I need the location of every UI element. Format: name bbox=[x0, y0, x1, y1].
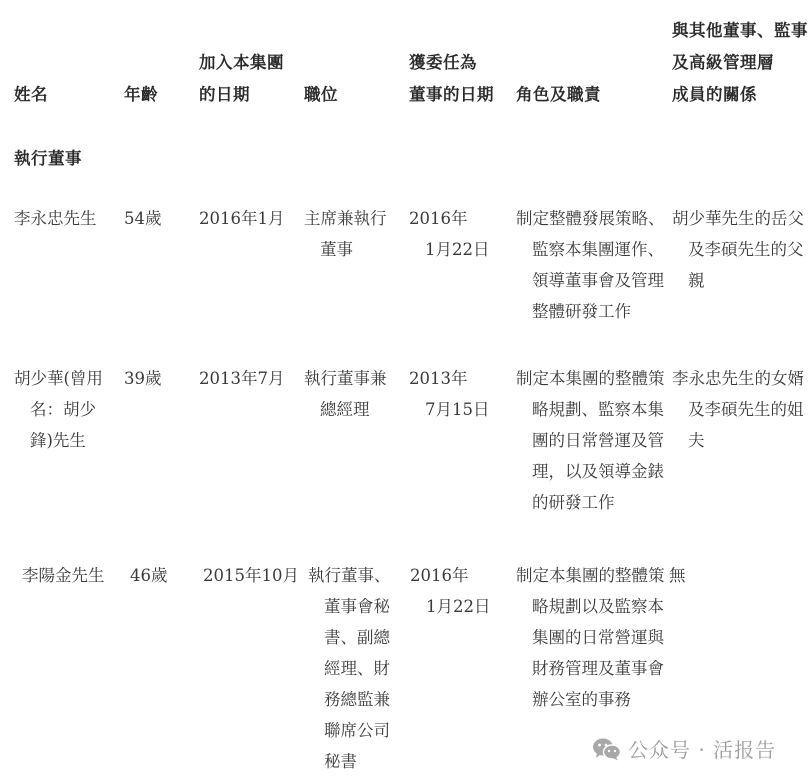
cell-line: 理，以及領導金錶 bbox=[516, 456, 665, 487]
cell-name: 李永忠先生 bbox=[14, 203, 97, 234]
header-join-date: 加入本集團 的日期 bbox=[199, 47, 284, 111]
cell-age: 54歲 bbox=[124, 203, 162, 234]
cell-line: 鋒)先生 bbox=[14, 425, 103, 456]
cell-name: 李陽金先生 bbox=[22, 560, 105, 591]
header-role: 角色及職責 bbox=[516, 79, 601, 111]
cell-line: 名：胡少 bbox=[14, 394, 103, 425]
cell-line: 執行董事、 bbox=[308, 560, 391, 591]
header-position: 職位 bbox=[304, 79, 338, 111]
cell-line: 李永忠先生的女婿 bbox=[672, 363, 804, 394]
header-relationship-line: 與其他董事、監事 bbox=[672, 15, 808, 47]
cell-role: 制定本集團的整體策 略規劃、監察本集 團的日常營運及管 理，以及領導金錶 的研發… bbox=[516, 363, 665, 518]
cell-line: 經理、財 bbox=[308, 653, 391, 684]
cell-line: 制定本集團的整體策 bbox=[516, 560, 665, 591]
header-appointed-date-line: 獲委任為 bbox=[409, 47, 494, 79]
header-role-line: 角色及職責 bbox=[516, 79, 601, 111]
watermark: 公众号 · 活报告 bbox=[592, 734, 776, 763]
cell-appointed-date: 2016年 1月22日 bbox=[409, 203, 490, 265]
header-appointed-date: 獲委任為 董事的日期 bbox=[409, 47, 494, 111]
cell-line: 的研發工作 bbox=[516, 487, 665, 518]
cell-line: 2013年 bbox=[409, 363, 490, 394]
cell-join-date: 2013年7月 bbox=[199, 363, 285, 394]
header-join-date-line: 加入本集團 bbox=[199, 47, 284, 79]
section-title: 執行董事 bbox=[14, 143, 82, 175]
cell-position: 執行董事、 董事會秘 書、副總 經理、財 務總監兼 聯席公司 秘書 bbox=[308, 560, 391, 777]
header-join-date-line: 的日期 bbox=[199, 79, 284, 111]
cell-line: 胡少華先生的岳父 bbox=[672, 203, 804, 234]
cell-line: 務總監兼 bbox=[308, 684, 391, 715]
watermark-text: 公众号 · 活报告 bbox=[628, 734, 776, 763]
header-age-line: 年齡 bbox=[124, 79, 158, 111]
cell-line: 團的日常營運及管 bbox=[516, 425, 665, 456]
cell-line: 2016年 bbox=[409, 203, 490, 234]
cell-line: 監察本集團運作、 bbox=[516, 234, 665, 265]
cell-role: 制定本集團的整體策 略規劃以及監察本 集團的日常營運與 財務管理及董事會 辦公室… bbox=[516, 560, 665, 715]
header-name: 姓名 bbox=[14, 79, 48, 111]
cell-relationship: 胡少華先生的岳父 及李碩先生的父 親 bbox=[672, 203, 804, 296]
header-age: 年齡 bbox=[124, 79, 158, 111]
cell-position: 主席兼執行 董事 bbox=[304, 203, 387, 265]
cell-line: 整體研發工作 bbox=[516, 296, 665, 327]
cell-line: 制定本集團的整體策 bbox=[516, 363, 665, 394]
cell-age: 46歲 bbox=[130, 560, 168, 591]
cell-line: 略規劃以及監察本 bbox=[516, 591, 665, 622]
cell-join-date: 2015年10月 bbox=[203, 560, 299, 591]
cell-line: 董事會秘 bbox=[308, 591, 391, 622]
wechat-icon bbox=[592, 737, 622, 761]
cell-line: 2016年 bbox=[410, 560, 491, 591]
header-appointed-date-line: 董事的日期 bbox=[409, 79, 494, 111]
cell-line: 無 bbox=[669, 560, 686, 591]
header-relationship-line: 及高級管理層 bbox=[672, 47, 808, 79]
cell-line: 財務管理及董事會 bbox=[516, 653, 665, 684]
cell-line: 主席兼執行 bbox=[304, 203, 387, 234]
cell-line: 胡少華(曾用 bbox=[14, 363, 103, 394]
header-name-line: 姓名 bbox=[14, 79, 48, 111]
cell-line: 領導董事會及管理 bbox=[516, 265, 665, 296]
cell-line: 集團的日常營運與 bbox=[516, 622, 665, 653]
cell-join-date: 2016年1月 bbox=[199, 203, 285, 234]
cell-appointed-date: 2013年 7月15日 bbox=[409, 363, 490, 425]
cell-line: 略規劃、監察本集 bbox=[516, 394, 665, 425]
cell-line: 書、副總 bbox=[308, 622, 391, 653]
header-relationship-line: 成員的關係 bbox=[672, 79, 808, 111]
header-relationship: 與其他董事、監事 及高級管理層 成員的關係 bbox=[672, 15, 808, 111]
cell-relationship: 無 bbox=[669, 560, 686, 591]
cell-line: 執行董事兼 bbox=[304, 363, 387, 394]
cell-name: 胡少華(曾用 名：胡少 鋒)先生 bbox=[14, 363, 103, 456]
cell-line: 秘書 bbox=[308, 746, 391, 777]
cell-line: 7月15日 bbox=[409, 394, 490, 425]
cell-role: 制定整體發展策略、 監察本集團運作、 領導董事會及管理 整體研發工作 bbox=[516, 203, 665, 327]
cell-position: 執行董事兼 總經理 bbox=[304, 363, 387, 425]
cell-line: 李陽金先生 bbox=[22, 560, 105, 591]
cell-line: 及李碩先生的姐 bbox=[672, 394, 804, 425]
cell-line: 夫 bbox=[672, 425, 804, 456]
cell-relationship: 李永忠先生的女婿 及李碩先生的姐 夫 bbox=[672, 363, 804, 456]
cell-line: 李永忠先生 bbox=[14, 203, 97, 234]
cell-line: 總經理 bbox=[304, 394, 387, 425]
cell-line: 1月22日 bbox=[410, 591, 491, 622]
cell-line: 董事 bbox=[304, 234, 387, 265]
cell-age: 39歲 bbox=[124, 363, 162, 394]
cell-line: 聯席公司 bbox=[308, 715, 391, 746]
cell-line: 親 bbox=[672, 265, 804, 296]
header-position-line: 職位 bbox=[304, 79, 338, 111]
cell-appointed-date: 2016年 1月22日 bbox=[410, 560, 491, 622]
cell-line: 1月22日 bbox=[409, 234, 490, 265]
cell-line: 及李碩先生的父 bbox=[672, 234, 804, 265]
cell-line: 辦公室的事務 bbox=[516, 684, 665, 715]
cell-line: 制定整體發展策略、 bbox=[516, 203, 665, 234]
